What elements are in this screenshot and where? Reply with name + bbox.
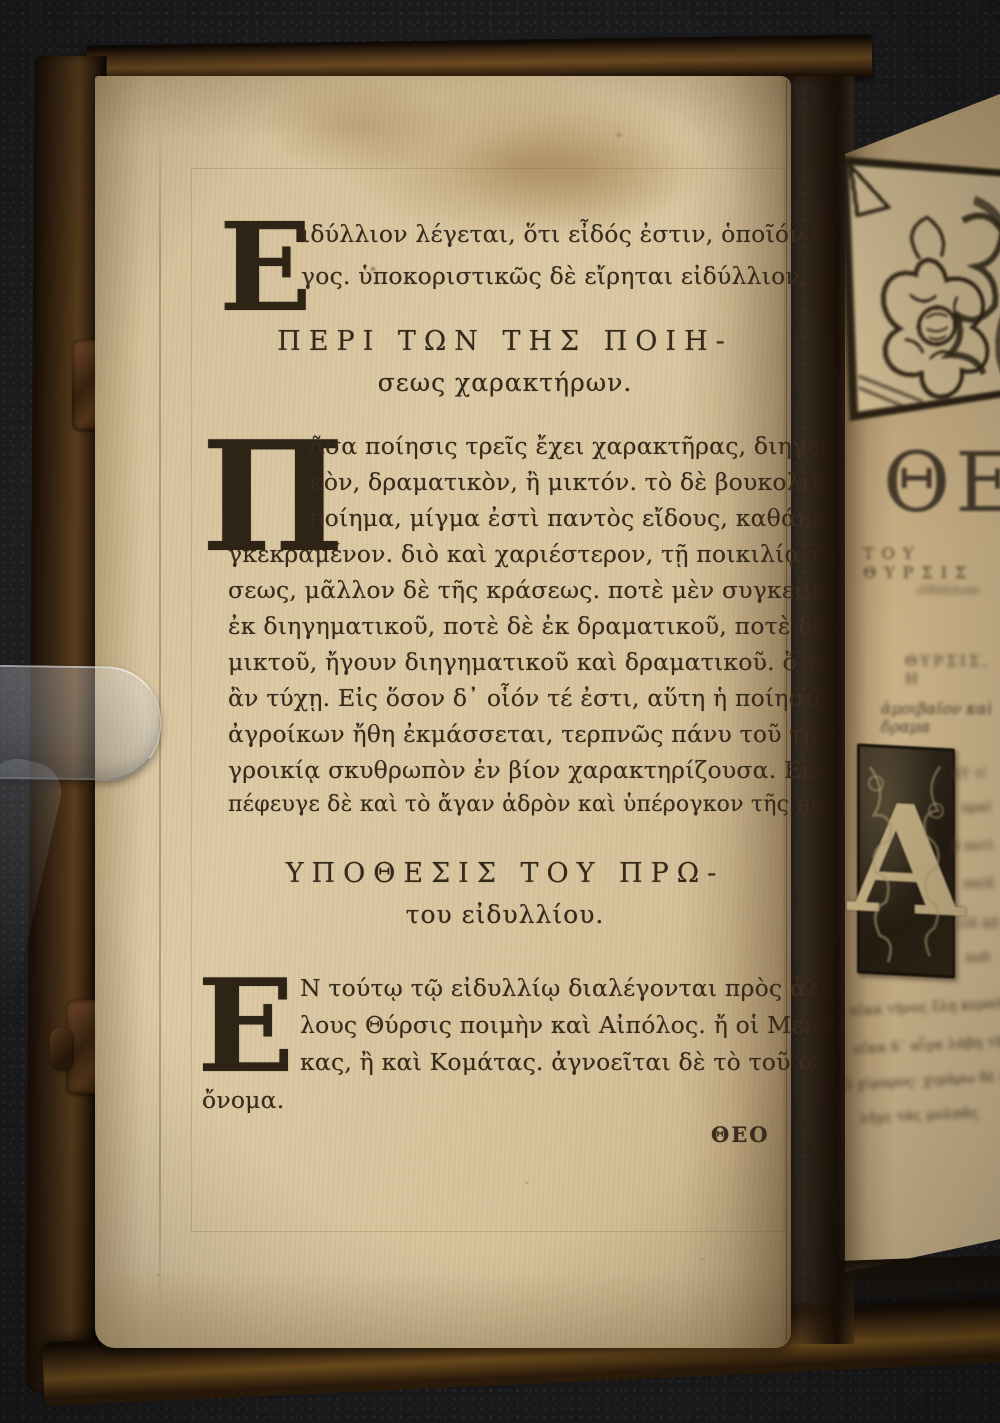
blurred-text-fragment: πραῖ [961,800,992,816]
text-line: γος. ὑποκοριστικῶς δὲ εἴρηται εἰδύλλιον. [301,262,808,290]
subtitle-small-fragment: εἰδύλλιον [917,582,979,597]
clasp-stub [50,1028,72,1070]
blurred-text-fragment: ΔΥ τί [951,766,987,782]
text-line: ἀγροίκων ἤθη ἐκμάσσεται, τερπνῶς πάνυ το… [228,720,849,748]
blurred-text-fragment: ποδ [965,950,990,966]
blurred-verse-line: αἴκα δ᾽ αἶγα λάβῃ τῆνος γέρας [853,1030,1000,1058]
blurred-verse-line: αἴκα τῆνος ἕλῃ κεραὸν τράγον [849,992,1000,1019]
speaker-line-fragment: ΘΥΡΣΙΣ, Η [905,652,1000,688]
subtitle-fragment: ΤΟΥ ΘΥΡΣΙΣ [863,544,1000,582]
blurred-verse-line: λῆγε τᾶς μολπᾶς [859,1105,979,1127]
headpiece-woodcut [845,146,1000,434]
drop-cap-epsilon-2: Ε [197,978,295,1078]
photographed-book-scene: Ε ιδύλλιον λέγεται, ὅτι εἶδός ἐστιν, ὁπο… [0,0,1000,1423]
vine-ornament-icon [860,747,952,976]
text-line: ἐκ διηγηματικοῦ, ποτὲ δὲ ἐκ δραματικοῦ, … [228,612,861,640]
section-heading-line: του εἰδυλλίου. [215,900,795,929]
blurred-verse-line: ἁ χίμαρος· χιμάρω δὲ καλὸν [845,1067,1000,1093]
gutter-shadow [780,76,854,1344]
text-line: ὄνομα. [202,1086,284,1114]
blurred-text-fragment: εἰδ ἁδ [957,916,999,932]
text-line: γροικίᾳ σκυθρωπὸν ἐν βίον χαρακτηρίζουσα… [228,756,824,784]
section-heading-line: σεως χαρακτήρων. [215,368,795,397]
blurred-text-fragment: παίδ [963,876,994,892]
text-line: σεως, μᾶλλον δὲ τῆς κράσεως. ποτὲ μὲν συ… [228,576,875,604]
title-fragment: ΘΕΟ [883,436,1000,531]
section-heading-line: ΠΕΡΙ ΤΩΝ ΤΗΣ ΠΟΙΗ- [215,326,795,357]
section-heading-line: ΥΠΟΘΕΣΙΣ ΤΟΥ ΠΡΩ- [215,858,795,889]
rose-woodcut-icon [845,146,1000,434]
genre-line-fragment: ἀμοιβαῖον καὶ δραμα [881,700,1000,736]
left-page: Ε ιδύλλιον λέγεται, ὅτι εἶδός ἐστιν, ὁπο… [95,76,791,1348]
drop-cap-epsilon-1: Ε [219,220,312,315]
catchword: ΘΕΟ [711,1122,770,1147]
text-line: λους Θύρσις ποιμὴν καὶ Αἰπόλος. ἤ οἱ Μεν… [300,1011,858,1039]
foxing-specks [95,76,97,78]
text-line: Ν τούτῳ τῷ εἰδυλλίῳ διαλέγονται πρὸς ἀλλ… [300,974,859,1002]
text-line: κὸν, δραματικὸν, ἢ μικτόν. τὸ δὲ βουκολι… [309,468,855,496]
blurred-text-fragment: ἁ ποτὶ [951,838,994,854]
right-page-bottom-shadow [837,1255,1000,1319]
decorated-initial-a: Α [857,743,955,978]
right-page: ΘΕΟ ΤΟΥ ΘΥΡΣΙΣ εἰδύλλιον ΘΥΡΣΙΣ, Η ἀμοιβ… [845,92,1000,1284]
